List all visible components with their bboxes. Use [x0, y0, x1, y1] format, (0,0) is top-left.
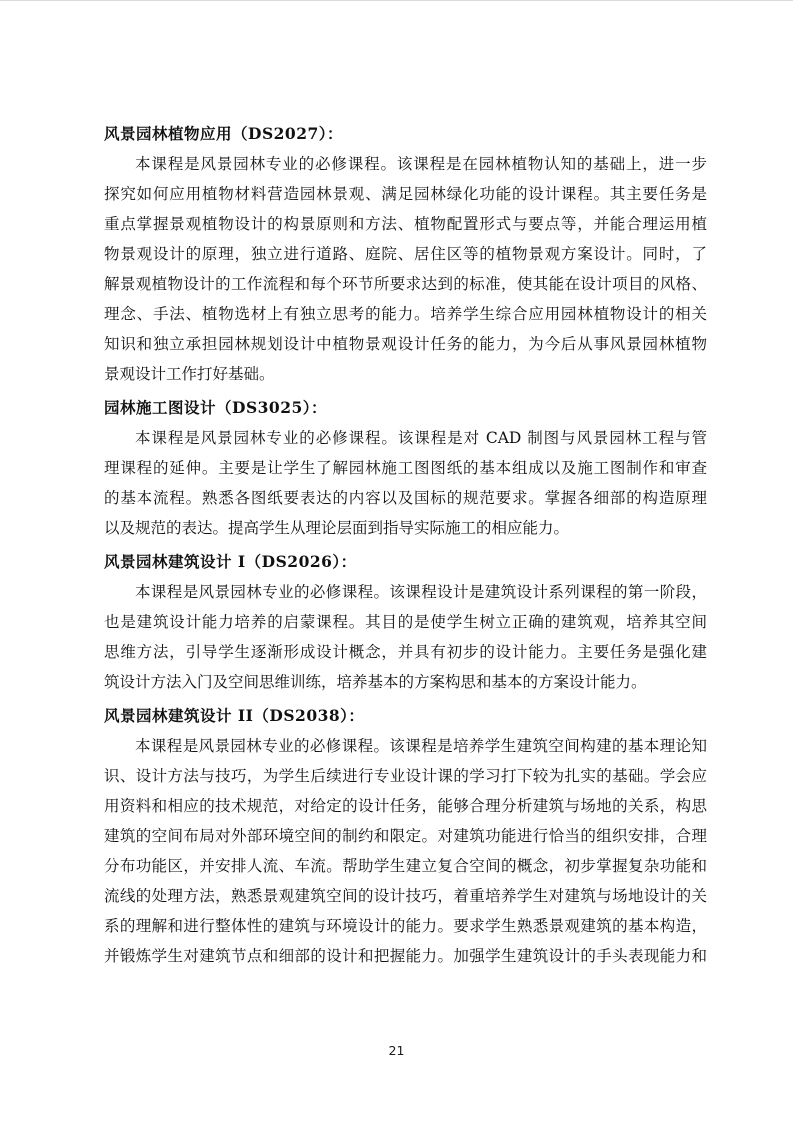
paragraph-line: 知识和独立承担园林规划设计中植物景观设计任务的能力，为今后从事风景园林植物 — [104, 329, 707, 359]
course-section: 风景园林建筑设计 II（DS2038）：本课程是风景园林专业的必修课程。该课程是… — [104, 701, 707, 971]
paragraph-line: 并锻炼学生对建筑节点和细部的设计和把握能力。加强学生建筑设计的手头表现能力和 — [104, 941, 707, 971]
page-footer: 21 — [0, 1040, 793, 1059]
paragraph-line: 的基本流程。熟悉各图纸要表达的内容以及国标的规范要求。掌握各细部的构造原理 — [104, 483, 707, 513]
paragraph-line: 理念、手法、植物选材上有独立思考的能力。培养学生综合应用园林植物设计的相关 — [104, 299, 707, 329]
paragraph-line: 物景观设计的原理，独立进行道路、庭院、居住区等的植物景观方案设计。同时，了 — [104, 239, 707, 269]
paragraph-line: 本课程是风景园林专业的必修课程。该课程是在园林植物认知的基础上，进一步 — [104, 149, 707, 179]
paragraph-line: 也是建筑设计能力培养的启蒙课程。其目的是使学生树立正确的建筑观，培养其空间 — [104, 607, 707, 637]
paragraph-line: 以及规范的表达。提高学生从理论层面到指导实际施工的相应能力。 — [104, 513, 707, 543]
paragraph-line: 本课程是风景园林专业的必修课程。该课程设计是建筑设计系列课程的第一阶段， — [104, 577, 707, 607]
course-heading: 风景园林植物应用（DS2027）： — [104, 119, 707, 149]
paragraph-line: 建筑的空间布局对外部环境空间的制约和限定。对建筑功能进行恰当的组织安排，合理 — [104, 821, 707, 851]
course-section: 风景园林建筑设计 I（DS2026）：本课程是风景园林专业的必修课程。该课程设计… — [104, 547, 707, 697]
course-section: 园林施工图设计（DS3025）：本课程是风景园林专业的必修课程。该课程是对 CA… — [104, 393, 707, 543]
paragraph-line: 用资料和相应的技术规范，对给定的设计任务，能够合理分析建筑与场地的关系，构思 — [104, 791, 707, 821]
course-heading: 风景园林建筑设计 II（DS2038）： — [104, 701, 707, 731]
paragraph-line: 理课程的延伸。主要是让学生了解园林施工图图纸的基本组成以及施工图制作和审查 — [104, 453, 707, 483]
paragraph-line: 景观设计工作打好基础。 — [104, 359, 707, 389]
paragraph-line: 识、设计方法与技巧，为学生后续进行专业设计课的学习打下较为扎实的基础。学会应 — [104, 761, 707, 791]
page-top-divider — [0, 0, 793, 1]
course-heading: 园林施工图设计（DS3025）： — [104, 393, 707, 423]
paragraph-line: 解景观植物设计的工作流程和每个环节所要求达到的标准，使其能在设计项目的风格、 — [104, 269, 707, 299]
paragraph-line: 系的理解和进行整体性的建筑与环境设计的能力。要求学生熟悉景观建筑的基本构造， — [104, 911, 707, 941]
course-heading: 风景园林建筑设计 I（DS2026）： — [104, 547, 707, 577]
paragraph-line: 分布功能区，并安排人流、车流。帮助学生建立复合空间的概念，初步掌握复杂功能和 — [104, 851, 707, 881]
document-body: 风景园林植物应用（DS2027）：本课程是风景园林专业的必修课程。该课程是在园林… — [104, 119, 707, 971]
paragraph-line: 本课程是风景园林专业的必修课程。该课程是培养学生建筑空间构建的基本理论知 — [104, 731, 707, 761]
document-page: 风景园林植物应用（DS2027）：本课程是风景园林专业的必修课程。该课程是在园林… — [0, 0, 793, 1122]
paragraph-line: 筑设计方法入门及空间思维训练，培养基本的方案构思和基本的方案设计能力。 — [104, 667, 707, 697]
paragraph-line: 思维方法，引导学生逐渐形成设计概念，并具有初步的设计能力。主要任务是强化建 — [104, 637, 707, 667]
paragraph-line: 本课程是风景园林专业的必修课程。该课程是对 CAD 制图与风景园林工程与管 — [104, 423, 707, 453]
paragraph-line: 流线的处理方法，熟悉景观建筑空间的设计技巧，着重培养学生对建筑与场地设计的关 — [104, 881, 707, 911]
paragraph-line: 探究如何应用植物材料营造园林景观、满足园林绿化功能的设计课程。其主要任务是 — [104, 179, 707, 209]
course-section: 风景园林植物应用（DS2027）：本课程是风景园林专业的必修课程。该课程是在园林… — [104, 119, 707, 389]
page-number: 21 — [389, 1043, 405, 1058]
paragraph-line: 重点掌握景观植物设计的构景原则和方法、植物配置形式与要点等，并能合理运用植 — [104, 209, 707, 239]
